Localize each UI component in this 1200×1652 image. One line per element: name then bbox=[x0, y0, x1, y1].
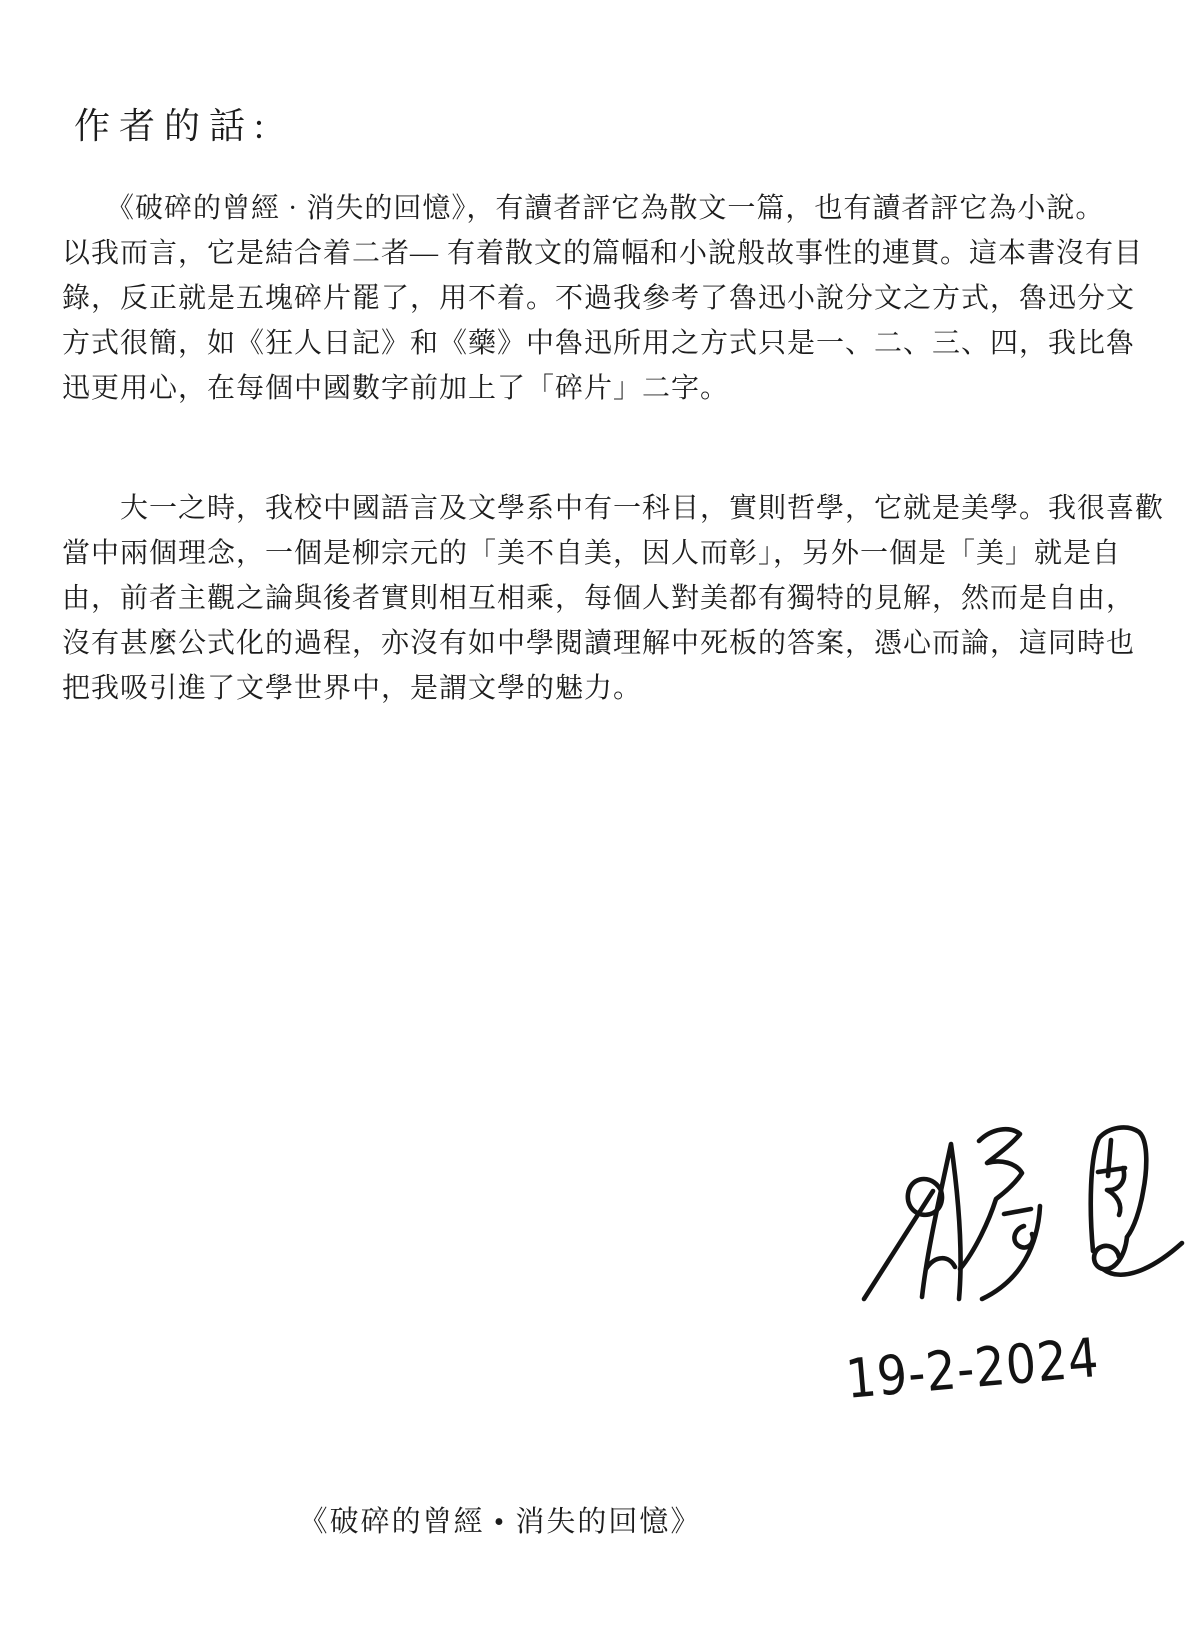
paragraph-2-line: 把我吸引進了文學世界中，是謂文學的魅力。 bbox=[62, 666, 1152, 711]
paragraph-2-line: 大一之時，我校中國語言及文學系中有一科目，實則哲學，它就是美學。我很喜歡 bbox=[62, 486, 1152, 531]
handwritten-date: 19-2-2024 bbox=[843, 1326, 1101, 1411]
paragraph-1: 《破碎的曾經 · 消失的回憶》，有讀者評它為散文一篇，也有讀者評它為小說。 以我… bbox=[62, 186, 1152, 411]
paragraph-2-line: 當中兩個理念，一個是柳宗元的「美不自美，因人而彰」，另外一個是「美」就是自 bbox=[62, 531, 1152, 576]
paragraph-1-line: 方式很簡，如《狂人日記》和《藥》中魯迅所用之方式只是一、二、三、四，我比魯 bbox=[62, 321, 1152, 366]
document-page: 作者的話: 《破碎的曾經 · 消失的回憶》，有讀者評它為散文一篇，也有讀者評它為… bbox=[0, 0, 1200, 1652]
paragraph-2: 大一之時，我校中國語言及文學系中有一科目，實則哲學，它就是美學。我很喜歡 當中兩… bbox=[62, 486, 1152, 711]
paragraph-2-line: 由，前者主觀之論與後者實則相互相乘，每個人對美都有獨特的見解，然而是自由， bbox=[62, 576, 1152, 621]
paragraph-1-line: 以我而言，它是結合着二者— 有着散文的篇幅和小說般故事性的連貫。這本書沒有目 bbox=[62, 231, 1152, 276]
paragraph-1-line: 迅更用心，在每個中國數字前加上了「碎片」二字。 bbox=[62, 366, 1152, 411]
footer-book-title: 《破碎的曾經 • 消失的回憶》 bbox=[0, 1499, 1000, 1540]
paragraph-2-line: 沒有甚麼公式化的過程，亦沒有如中學閱讀理解中死板的答案，憑心而論，這同時也 bbox=[62, 621, 1152, 666]
paragraph-1-line: 錄，反正就是五塊碎片罷了，用不着。不過我參考了魯迅小說分文之方式，魯迅分文 bbox=[62, 276, 1152, 321]
page-title: 作者的話: bbox=[74, 98, 273, 149]
paragraph-1-line: 《破碎的曾經 · 消失的回憶》，有讀者評它為散文一篇，也有讀者評它為小說。 bbox=[62, 186, 1152, 231]
handwritten-signature-icon bbox=[826, 1086, 1186, 1336]
